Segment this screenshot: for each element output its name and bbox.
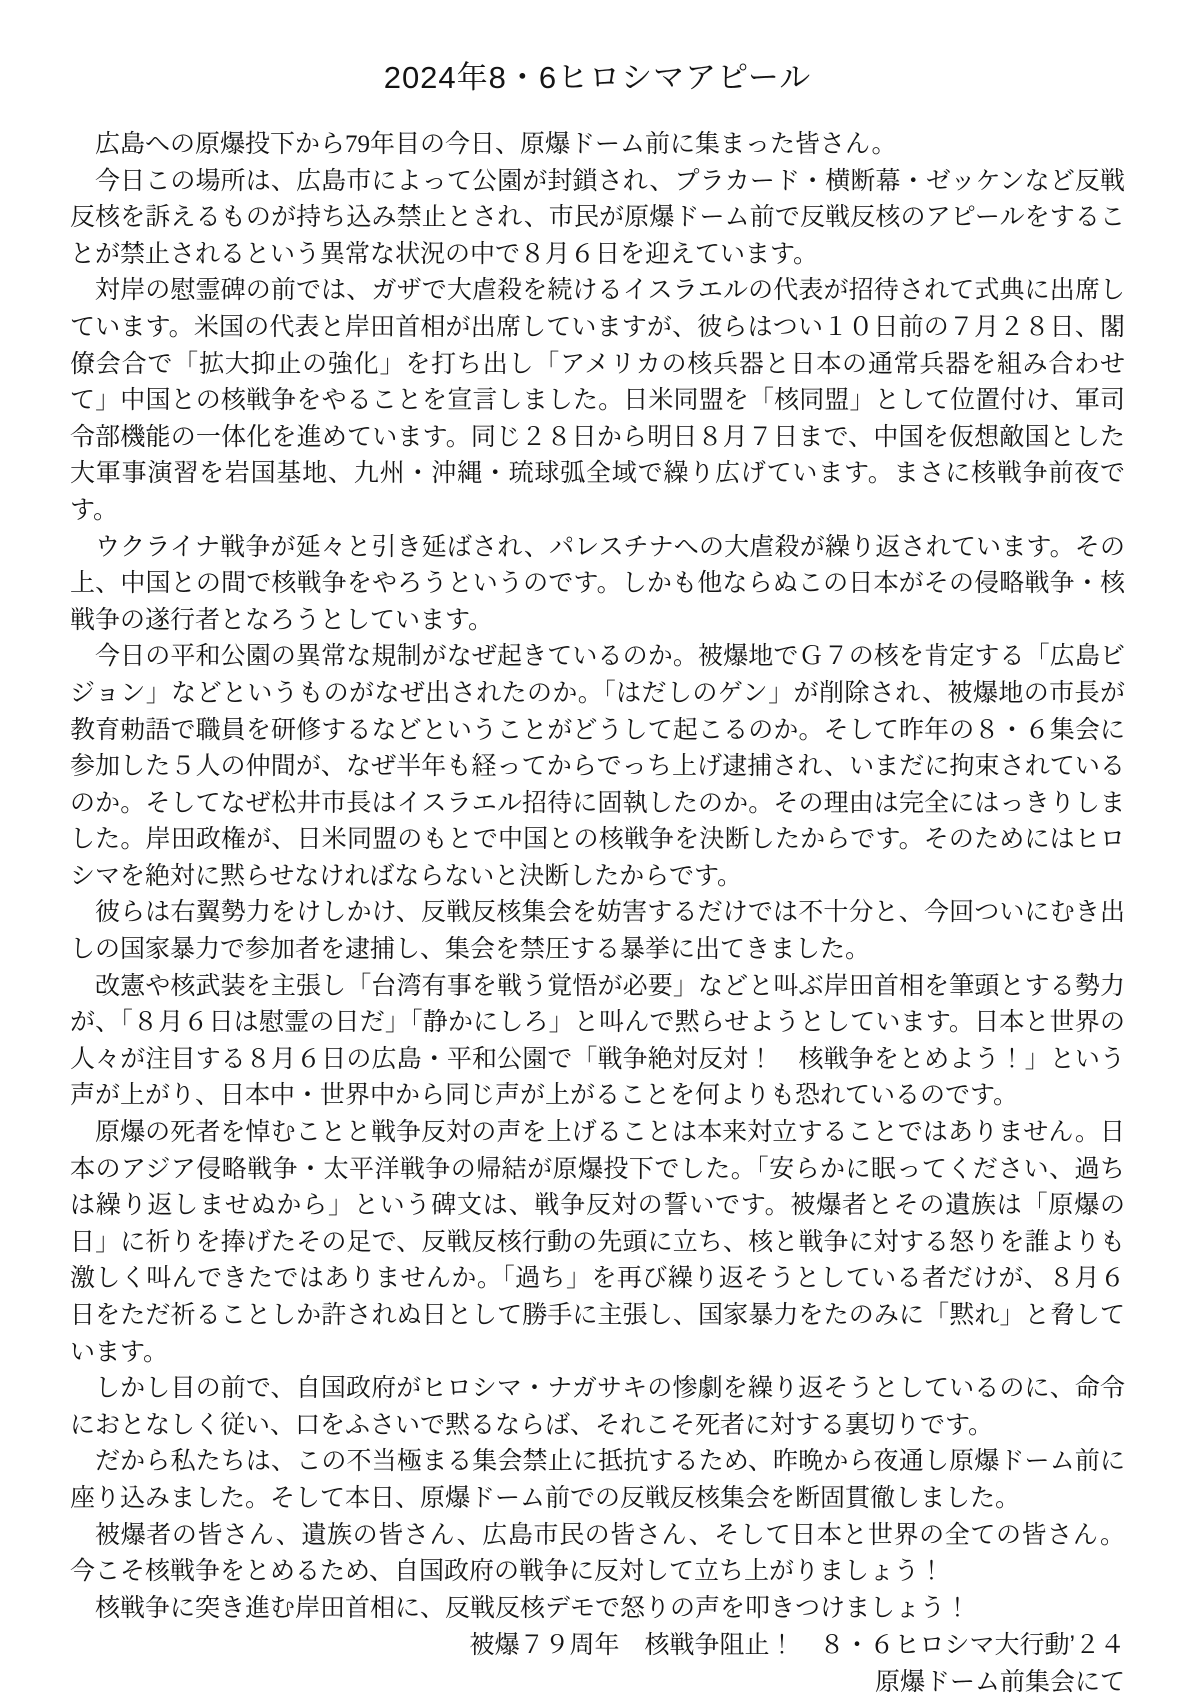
paragraph: 改憲や核武装を主張し「台湾有事を戦う覚悟が必要」などと叫ぶ岸田首相を筆頭とする勢… [70, 969, 1125, 1115]
paragraph: 核戦争に突き進む岸田首相に、反戦反核デモで怒りの声を叩きつけましょう！ [70, 1591, 1125, 1628]
paragraph: ウクライナ戦争が延々と引き延ばされ、パレスチナへの大虐殺が繰り返されています。そ… [70, 530, 1125, 640]
document-page: 2024年8・6ヒロシマアピール 広島への原爆投下から79年目の今日、原爆ドーム… [0, 0, 1200, 1697]
signature-line-event: 被爆７９周年 核戦争阻止！ ８・６ヒロシマ大行動’２４ [70, 1627, 1125, 1664]
paragraph: 彼らは右翼勢力をけしかけ、反戦反核集会を妨害するだけでは不十分と、今回ついにむき… [70, 895, 1125, 968]
paragraph: 被爆者の皆さん、遺族の皆さん、広島市民の皆さん、そして日本と世界の全ての皆さん。… [70, 1518, 1125, 1591]
paragraph: 広島への原爆投下から79年目の今日、原爆ドーム前に集まった皆さん。 [70, 127, 1125, 164]
document-body: 広島への原爆投下から79年目の今日、原爆ドーム前に集まった皆さん。今日この場所は… [70, 127, 1125, 1627]
document-content: 2024年8・6ヒロシマアピール 広島への原爆投下から79年目の今日、原爆ドーム… [0, 0, 1200, 1697]
paragraph: 今日の平和公園の異常な規制がなぜ起きているのか。被爆地でＧ７の核を肯定する「広島… [70, 639, 1125, 895]
signature-block: 被爆７９周年 核戦争阻止！ ８・６ヒロシマ大行動’２４ 原爆ドーム前集会にて [70, 1627, 1125, 1697]
paragraph: 今日この場所は、広島市によって公園が封鎖され、プラカード・横断幕・ゼッケンなど反… [70, 164, 1125, 274]
paragraph: 対岸の慰霊碑の前では、ガザで大虐殺を続けるイスラエルの代表が招待されて式典に出席… [70, 273, 1125, 529]
signature-line-place: 原爆ドーム前集会にて [70, 1664, 1125, 1697]
paragraph: だから私たちは、この不当極まる集会禁止に抵抗するため、昨晩から夜通し原爆ドーム前… [70, 1444, 1125, 1517]
paragraph: しかし目の前で、自国政府がヒロシマ・ナガサキの惨劇を繰り返そうとしているのに、命… [70, 1371, 1125, 1444]
document-title: 2024年8・6ヒロシマアピール [70, 55, 1125, 100]
paragraph: 原爆の死者を悼むことと戦争反対の声を上げることは本来対立することではありません。… [70, 1115, 1125, 1371]
